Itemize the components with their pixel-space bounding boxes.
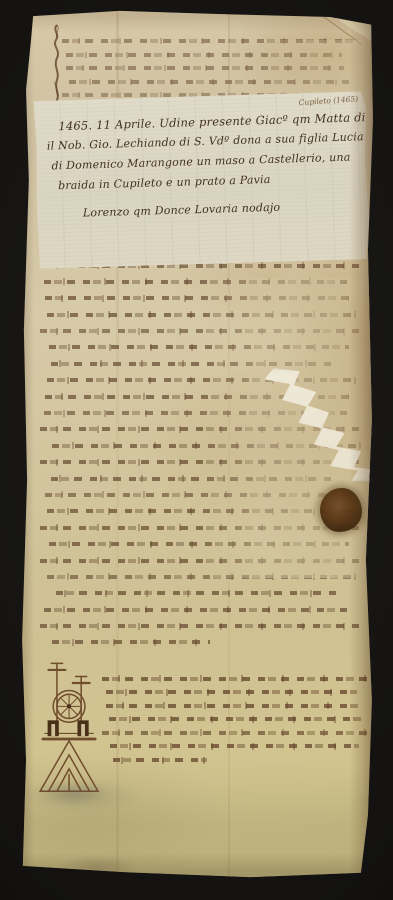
manuscript-text-line <box>60 52 342 58</box>
manuscript-text-line <box>38 360 334 367</box>
manuscript-text-line <box>100 675 368 682</box>
ink-smudge <box>38 780 108 806</box>
notary-subscription-block <box>100 675 368 770</box>
manuscript-text-line <box>60 38 354 44</box>
manuscript-text-line <box>104 743 359 750</box>
manuscript-text-line <box>43 639 210 646</box>
manuscript-text-line <box>100 729 368 736</box>
manuscript-text-line <box>43 541 349 548</box>
archivist-note: Cupileto (1465) 1465. 11 Aprile. Udine p… <box>34 91 371 269</box>
manuscript-text-line <box>38 623 360 630</box>
manuscript-text-line <box>38 311 357 318</box>
manuscript-text-line <box>38 573 357 580</box>
manuscript-text-line <box>38 524 360 531</box>
manuscript-text-line <box>38 606 347 613</box>
manuscript-text-line <box>100 689 357 696</box>
deed-body-text-block <box>38 262 360 655</box>
manuscript-text-line <box>43 295 349 302</box>
manuscript-text-line <box>38 426 360 433</box>
manuscript-text-line <box>38 475 334 482</box>
manuscript-text-line <box>38 377 357 384</box>
manuscript-text-line <box>43 344 349 351</box>
manuscript-text-line <box>38 278 347 285</box>
wax-stain <box>320 488 362 532</box>
manuscript-text-line <box>43 442 362 449</box>
manuscript-text-line <box>60 79 351 85</box>
photo-background: Cupileto (1465) 1465. 11 Aprile. Udine p… <box>0 0 393 900</box>
manuscript-text-line <box>43 590 339 597</box>
manuscript-text-line <box>100 716 365 723</box>
note-line: Lorenzo qm Donce Lovaria nodajo <box>49 196 359 225</box>
note-text: 1465. 11 Aprile. Udine presente Giacº qm… <box>34 91 370 225</box>
manuscript-text-line <box>100 757 207 764</box>
manuscript-text-line <box>43 491 349 498</box>
manuscript-text-line <box>38 557 360 564</box>
manuscript-text-line <box>38 459 360 466</box>
parchment-document: Cupileto (1465) 1465. 11 Aprile. Udine p… <box>20 10 374 878</box>
manuscript-text-line <box>38 328 360 335</box>
manuscript-text-line <box>104 702 359 709</box>
manuscript-text-line <box>64 65 343 71</box>
manuscript-text-line <box>38 410 347 417</box>
manuscript-text-line <box>38 508 357 515</box>
